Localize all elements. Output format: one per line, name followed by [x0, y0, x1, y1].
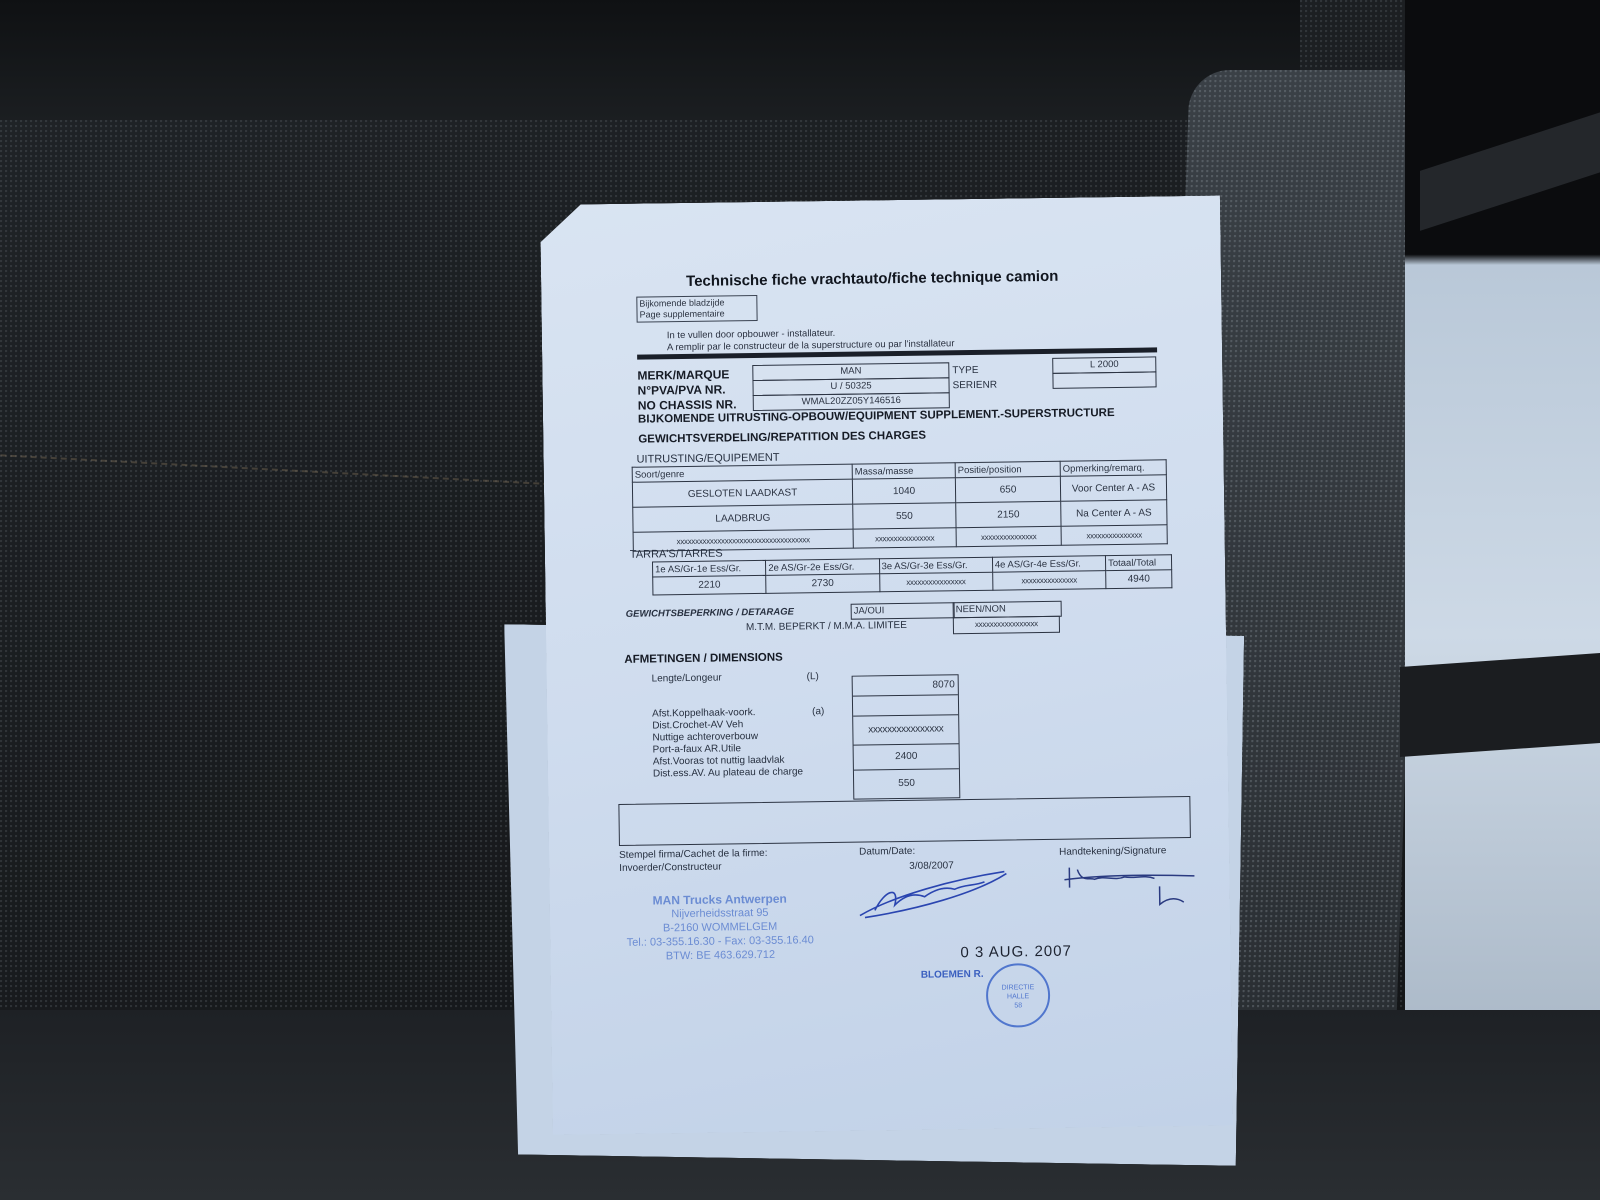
column-header: 3e AS/Gr-3e Ess/Gr. — [879, 557, 992, 574]
company-name: MAN Trucks Antwerpen — [625, 891, 815, 908]
tares-table: 1e AS/Gr-1e Ess/Gr. 2e AS/Gr-2e Ess/Gr. … — [652, 554, 1172, 595]
cell-type: LAADBRUG — [633, 504, 853, 532]
technical-sheet-document: Technische fiche vrachtauto/fiche techni… — [540, 196, 1233, 1135]
cell-remark: Na Center A - AS — [1061, 500, 1167, 526]
length-label: Lengte/Longeur — [652, 673, 722, 686]
round-stamp-line: 58 — [988, 1001, 1048, 1011]
company-phone: Tel.: 03-355.16.30 - Fax: 03-355.16.40 — [625, 933, 815, 950]
axle-1-tare: 2210 — [653, 575, 766, 595]
chassis-value: WMAL20ZZ05Y146516 — [753, 392, 950, 411]
bag-strap — [1400, 653, 1600, 757]
cell-mass: 1040 — [852, 478, 955, 504]
column-header: Opmerking/remarq. — [1060, 460, 1166, 476]
serial-label: SERIENR — [952, 380, 997, 392]
serial-value — [1052, 371, 1156, 388]
column-header: Totaal/Total — [1105, 555, 1171, 571]
document-title: Technische fiche vrachtauto/fiche techni… — [686, 268, 1059, 290]
column-header: Massa/masse — [852, 463, 955, 479]
company-vat: BTW: BE 463.629.712 — [625, 947, 815, 964]
signature-mark — [854, 863, 1015, 925]
stamp-label: Stempel firma/Cachet de la firme: — [619, 847, 768, 862]
date-label: Datum/Date: — [859, 845, 915, 859]
front-axle-label-fr: Dist.ess.AV. Au plateau de charge — [653, 766, 803, 780]
cell-position: 650 — [955, 476, 1060, 502]
column-header: 1e AS/Gr-1e Ess/Gr. — [652, 560, 765, 577]
inspector-stamp: BLOEMEN R. — [921, 969, 984, 981]
cell-position: 2150 — [956, 501, 1061, 527]
front-axle-value: 550 — [854, 769, 959, 798]
axle-2-tare: 2730 — [766, 574, 879, 594]
total-tare: 4940 — [1106, 570, 1172, 589]
equipment-table: Soort/genre Massa/masse Positie/position… — [632, 459, 1168, 551]
cell-mass: xxxxxxxxxxxxxxxx — [853, 528, 956, 548]
tares-heading: TARRA'S/TARRES — [630, 547, 723, 560]
axle-3-tare: xxxxxxxxxxxxxxxx — [879, 572, 992, 592]
inspection-date-stamp: 0 3 AUG. 2007 — [960, 943, 1072, 962]
length-code: (L) — [807, 671, 819, 683]
blank-value — [853, 695, 958, 716]
cell-type: GESLOTEN LAADKAST — [632, 479, 852, 507]
derating-yes: JA/OUI — [851, 602, 955, 619]
cell-position: xxxxxxxxxxxxxxx — [956, 526, 1061, 546]
overhang-label-nl: Nuttige achteroverbouw — [652, 731, 758, 744]
coupling-value: xxxxxxxxxxxxxxxx — [853, 715, 958, 745]
company-stamp: MAN Trucks Antwerpen Nijverheidsstraat 9… — [625, 891, 816, 964]
importer-label: Invoerder/Constructeur — [619, 860, 768, 875]
mma-label: M.T.M. BEPERKT / M.M.A. LIMITEE — [746, 620, 907, 633]
coupling-code: (a) — [812, 706, 824, 718]
type-label: TYPE — [952, 365, 978, 376]
column-header: 2e AS/Gr-2e Ess/Gr. — [766, 559, 879, 576]
dimensions-heading: AFMETINGEN / DIMENSIONS — [624, 652, 783, 666]
equipment-heading: UITRUSTING/EQUIPEMENT — [636, 452, 779, 466]
supplementary-page-box: Bijkomende bladzijde Page supplementaire — [636, 295, 757, 323]
dimensions-box: 8070 xxxxxxxxxxxxxxxx 2400 550 — [852, 674, 961, 799]
brand-label: MERK/MARQUE — [637, 367, 729, 382]
cell-mass: 550 — [853, 503, 956, 529]
seat-backrest-shadow — [0, 0, 1300, 120]
column-header: 4e AS/Gr-4e Ess/Gr. — [992, 556, 1105, 573]
supplementary-label-fr: Page supplementaire — [639, 308, 754, 321]
cell-remark: Voor Center A - AS — [1060, 475, 1166, 501]
axle-4-tare: xxxxxxxxxxxxxxx — [992, 571, 1105, 591]
mma-value: xxxxxxxxxxxxxxxxx — [953, 616, 1060, 634]
weight-distribution-heading: GEWICHTSVERDELING/REPATITION DES CHARGES — [638, 430, 926, 446]
round-official-stamp: DIRECTIE HALLE 58 — [986, 963, 1051, 1028]
chassis-label: NO CHASSIS NR. — [638, 397, 737, 412]
column-header: Positie/position — [955, 461, 1060, 477]
derating-label: GEWICHTSBEPERKING / DETARAGE — [626, 606, 794, 619]
length-value: 8070 — [853, 675, 958, 696]
remarks-box — [618, 796, 1191, 846]
pva-label: N°PVA/PVA NR. — [638, 382, 726, 397]
footer-stamp-block: Stempel firma/Cachet de la firme: Invoer… — [619, 847, 768, 875]
overhang-value: 2400 — [854, 744, 959, 770]
cell-remark: xxxxxxxxxxxxxxx — [1061, 525, 1167, 545]
signature-mark — [1059, 856, 1200, 918]
